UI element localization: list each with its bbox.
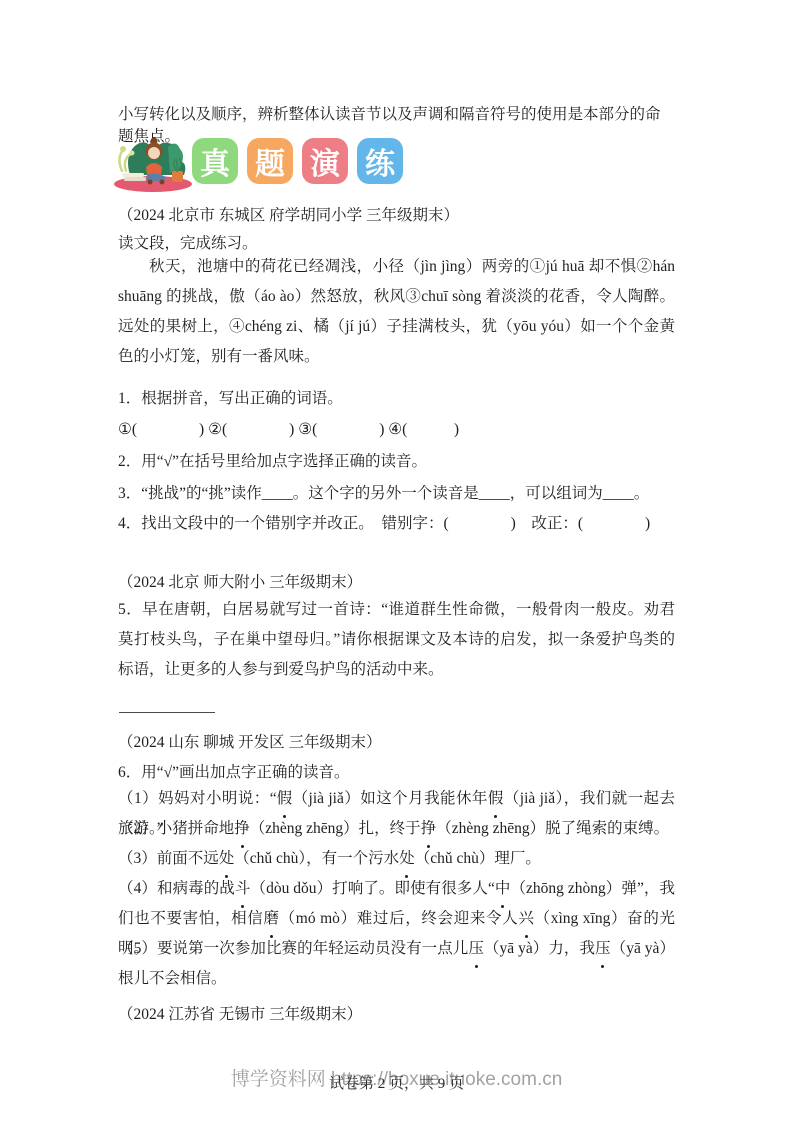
question-2: 2．用“√”在括号里给加点字选择正确的读音。	[118, 451, 675, 473]
text-segment: （5）要说第一次参加比赛的年轻运动员没有一点儿	[118, 940, 468, 957]
text-segment: （jià jiǎ）如这个月我能休年	[292, 790, 488, 807]
text-segment: （yā yà）力，我	[484, 940, 595, 957]
question-6: 6．用“√”画出加点字正确的读音。	[118, 762, 675, 784]
banner-badge: 练	[357, 138, 403, 184]
answer-blank-line	[119, 712, 215, 713]
text-segment: （chǔ chù），有一个污水	[234, 850, 399, 867]
emphasized-char: 处	[399, 844, 415, 874]
text-segment: （zhèng zhēng）扎，终于	[250, 820, 421, 837]
text-segment: （chǔ chù）理厂。	[415, 850, 541, 867]
banner-badge: 真	[192, 138, 238, 184]
girl-with-plants-icon	[110, 127, 196, 193]
question-1: 1．根据拼音，写出正确的词语。	[118, 388, 675, 410]
question-4: 4．找出文段中的一个错别字并改正。 错别字：( ) 改正：( )	[118, 513, 675, 535]
emphasized-char: 处	[219, 844, 235, 874]
emphasized-char: 磨	[263, 904, 279, 934]
emphasized-char: 兴	[518, 904, 534, 934]
exam4-source: （2024 江苏省 无锡市 三年级期末）	[118, 1004, 675, 1026]
text-segment: （dòu dǒu）打响了。即使有很多人“	[250, 880, 494, 897]
banner-badges: 真题演练	[192, 138, 403, 184]
exam1-source: （2024 北京市 东城区 府学胡同小学 三年级期末）	[118, 205, 675, 227]
emphasized-char: 假	[488, 784, 504, 814]
banner-badge: 演	[302, 138, 348, 184]
exam1-passage: 秋天，池塘中的荷花已经凋浅，小径（jìn jìng）两旁的①jú huā 却不惧…	[118, 252, 675, 372]
text-segment: （zhèng zhēng）脱了绳索的束缚。	[436, 820, 669, 837]
question-5: 5．早在唐朝，白居易就写过一首诗：“谁道群生性命微，一般骨肉一般皮。劝君莫打枝头…	[118, 595, 675, 685]
question-3: 3．“挑战”的“挑”读作____。这个字的另外一个读音是____，可以组词为__…	[118, 483, 675, 505]
emphasized-char: 压	[468, 934, 484, 964]
emphasized-char: 压	[595, 934, 611, 964]
exam3-source: （2024 山东 聊城 开发区 三年级期末）	[118, 732, 675, 754]
emphasized-char: 中	[495, 874, 511, 904]
banner-badge: 题	[247, 138, 293, 184]
text-segment: （2）小猪拼命地	[118, 820, 234, 837]
question-1-blanks: ①( ) ②( ) ③( ) ④( )	[118, 419, 675, 441]
text-segment: （4）和病毒的战	[118, 880, 235, 897]
emphasized-char: 挣	[234, 814, 250, 844]
question-6-item-2: （2）小猪拼命地挣（zhèng zhēng）扎，终于挣（zhèng zhēng）…	[118, 814, 675, 844]
page-number-footer: 试卷第 2 页，共 9 页	[329, 1072, 464, 1093]
emphasized-char: 挣	[421, 814, 437, 844]
question-6-item-5: （5）要说第一次参加比赛的年轻运动员没有一点儿压（yā yà）力，我压（yā y…	[118, 934, 675, 994]
emphasized-char: 假	[277, 784, 293, 814]
text-segment: （3）前面不远	[118, 850, 219, 867]
text-segment: （1）妈妈对小明说：“	[118, 790, 277, 807]
question-6-item-3: （3）前面不远处（chǔ chù），有一个污水处（chǔ chù）理厂。	[118, 844, 675, 874]
text-segment: （mó mò）难过后，终会迎来令人	[279, 910, 518, 927]
exam2-source: （2024 北京 师大附小 三年级期末）	[118, 572, 675, 594]
kids-illustration	[110, 127, 196, 193]
emphasized-char: 斗	[235, 874, 251, 904]
worksheet-page: { "intro": "小写转化以及顺序，辨析整体认读音节以及声调和隔音符号的使…	[0, 0, 793, 1122]
